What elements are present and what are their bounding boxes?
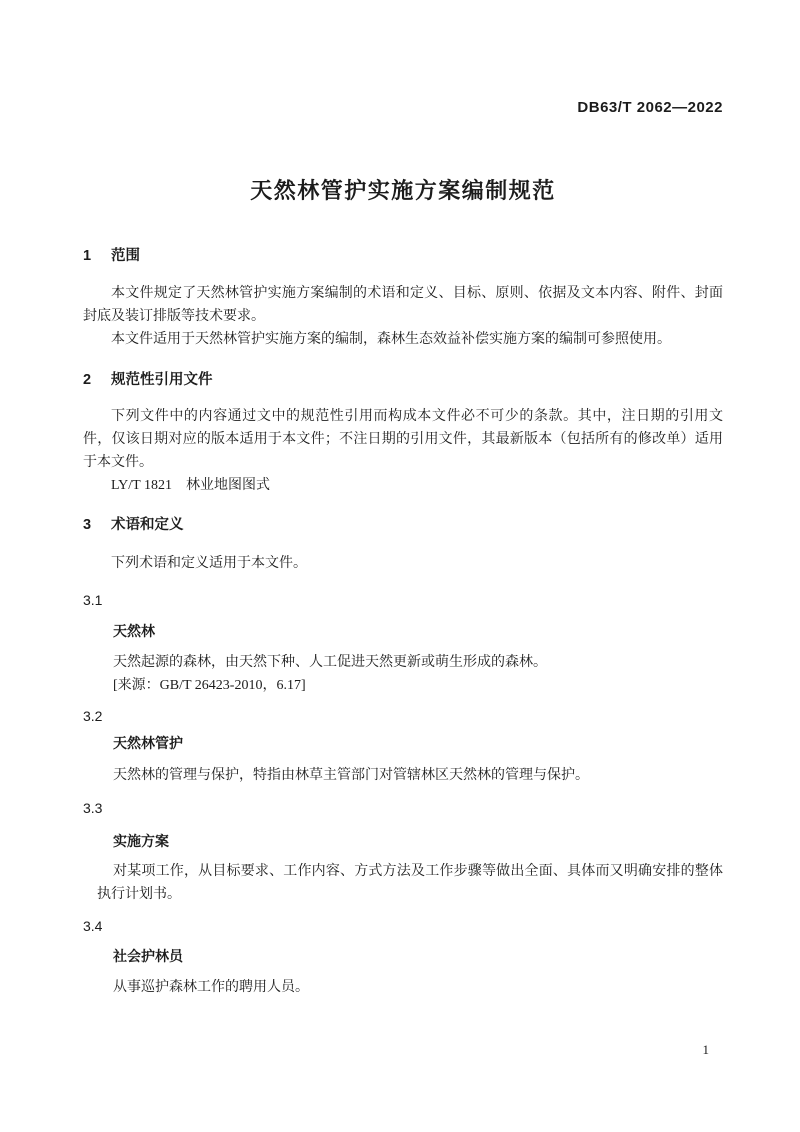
term-entry: 3.1 天然林 天然起源的森林，由天然下种、人工促进天然更新或萌生形成的森林。 … bbox=[83, 589, 723, 697]
section-terms-definitions: 3术语和定义 下列术语和定义适用于本文件。 3.1 天然林 天然起源的森林，由天… bbox=[83, 514, 723, 999]
term-entry: 3.4 社会护林员 从事巡护森林工作的聘用人员。 bbox=[83, 915, 723, 999]
term-name: 天然林 bbox=[113, 620, 723, 643]
section-heading: 3术语和定义 bbox=[83, 514, 723, 537]
section-heading: 1范围 bbox=[83, 245, 723, 268]
section-heading-text: 规范性引用文件 bbox=[111, 372, 213, 388]
clause-number: 3.3 bbox=[83, 797, 723, 820]
section-heading: 2规范性引用文件 bbox=[83, 369, 723, 392]
clause-number: 3.1 bbox=[83, 589, 723, 612]
clause-number: 3.4 bbox=[83, 915, 723, 938]
section-number: 2 bbox=[83, 369, 111, 392]
term-definition: 天然林的管理与保护，特指由林草主管部门对管辖林区天然林的管理与保护。 bbox=[97, 764, 723, 787]
section-heading-text: 术语和定义 bbox=[111, 517, 184, 533]
term-definition: 天然起源的森林，由天然下种、人工促进天然更新或萌生形成的森林。 bbox=[97, 651, 723, 674]
section-normative-references: 2规范性引用文件 下列文件中的内容通过文中的规范性引用而构成本文件必不可少的条款… bbox=[83, 369, 723, 497]
paragraph: 本文件适用于天然林管护实施方案的编制，森林生态效益补偿实施方案的编制可参照使用。 bbox=[83, 328, 723, 351]
section-number: 3 bbox=[83, 514, 111, 537]
term-name: 社会护林员 bbox=[113, 945, 723, 968]
referenced-standard: LY/T 1821 林业地图图式 bbox=[111, 474, 723, 497]
term-source: [来源：GB/T 26423-2010，6.17] bbox=[113, 674, 723, 697]
term-entry: 3.3 实施方案 对某项工作，从目标要求、工作内容、方式方法及工作步骤等做出全面… bbox=[83, 797, 723, 906]
term-name: 实施方案 bbox=[113, 830, 723, 853]
standard-number: DB63/T 2062—2022 bbox=[577, 99, 723, 116]
paragraph: 本文件规定了天然林管护实施方案编制的术语和定义、目标、原则、依据及文本内容、附件… bbox=[83, 282, 723, 328]
section-number: 1 bbox=[83, 245, 111, 268]
terms-intro: 下列术语和定义适用于本文件。 bbox=[83, 552, 723, 575]
term-definition: 从事巡护森林工作的聘用人员。 bbox=[97, 976, 723, 999]
section-scope: 1范围 本文件规定了天然林管护实施方案编制的术语和定义、目标、原则、依据及文本内… bbox=[83, 245, 723, 351]
clause-number: 3.2 bbox=[83, 705, 723, 728]
doc-header: DB63/T 2062—2022 bbox=[83, 0, 723, 120]
term-entry: 3.2 天然林管护 天然林的管理与保护，特指由林草主管部门对管辖林区天然林的管理… bbox=[83, 705, 723, 787]
page-number: 1 bbox=[703, 1038, 710, 1061]
term-name: 天然林管护 bbox=[113, 732, 723, 755]
paragraph: 下列文件中的内容通过文中的规范性引用而构成本文件必不可少的条款。其中，注日期的引… bbox=[83, 405, 723, 474]
term-definition: 对某项工作，从目标要求、工作内容、方式方法及工作步骤等做出全面、具体而又明确安排… bbox=[97, 860, 723, 906]
section-heading-text: 范围 bbox=[111, 248, 140, 264]
document-title: 天然林管护实施方案编制规范 bbox=[83, 176, 723, 206]
document-page: DB63/T 2062—2022 天然林管护实施方案编制规范 1范围 本文件规定… bbox=[0, 0, 800, 1132]
